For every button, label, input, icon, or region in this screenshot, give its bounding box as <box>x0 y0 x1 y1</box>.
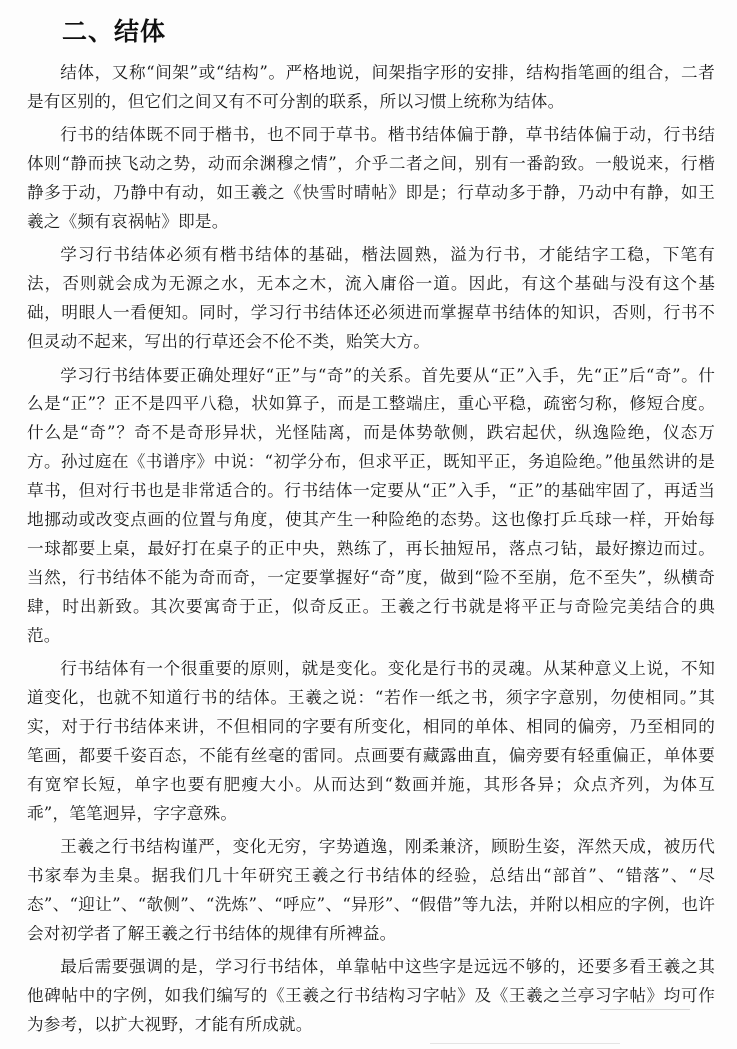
paragraph-regular-vs-unusual: 学习行书结体要正确处理好“正”与“奇”的关系。首先要从“正”入手，先“正”后“奇… <box>27 362 715 651</box>
paragraph-definition: 结体，又称“间架”或“结构”。严格地说，间架指字形的安排，结构指笔画的组合，二者… <box>27 59 715 117</box>
document-page: 二、结体 结体，又称“间架”或“结构”。严格地说，间架指字形的安排，结构指笔画的… <box>0 0 737 1049</box>
paragraph-variation: 行书结体有一个很重要的原则，就是变化。变化是行书的灵魂。从某种意义上说，不知道变… <box>27 655 715 828</box>
paragraph-regular-script-foundation: 学习行书结体必须有楷书结体的基础，楷法圆熟，溢为行书，才能结字工稳，下笔有法，否… <box>27 241 715 357</box>
scan-artifact-line <box>600 1009 690 1010</box>
section-heading: 二、结体 <box>62 12 166 48</box>
paragraph-conclusion: 最后需要强调的是，学习行书结体，单靠帖中这些字是远远不够的，还要多看王羲之其他碑… <box>27 953 715 1040</box>
body-text: 结体，又称“间架”或“结构”。严格地说，间架指字形的安排，结构指笔画的组合，二者… <box>27 59 715 1040</box>
scan-artifact-line <box>430 1043 620 1044</box>
paragraph-running-script-character: 行书的结体既不同于楷书，也不同于草书。楷书结体偏于静，草书结体偏于动，行书结体则… <box>27 121 715 237</box>
paragraph-nine-methods: 王羲之行书结构谨严，变化无穷，字势遒逸，刚柔兼济，顾盼生姿，浑然天成，被历代书家… <box>27 833 715 949</box>
